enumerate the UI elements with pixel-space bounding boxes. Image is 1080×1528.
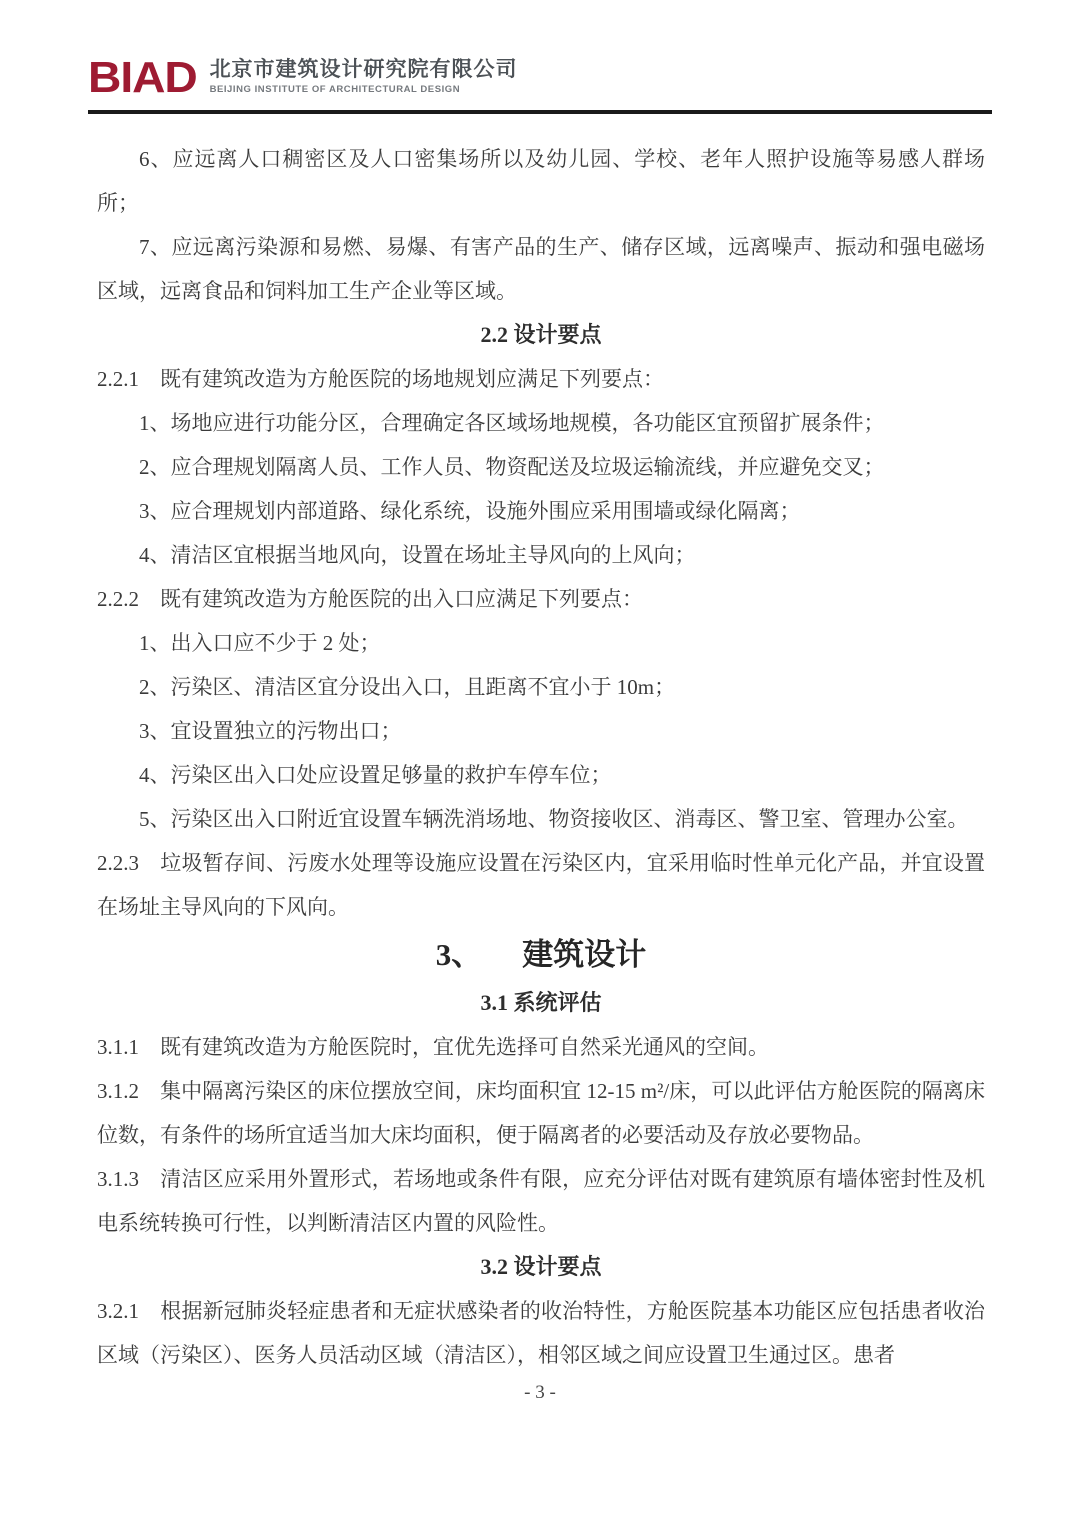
clause-paragraph: 2.2.1 既有建筑改造为方舱医院的场地规划应满足下列要点： <box>97 357 985 401</box>
list-item-paragraph: 6、应远离人口稠密区及人口密集场所以及幼儿园、学校、老年人照护设施等易感人群场所… <box>97 137 985 225</box>
page-number: - 3 - <box>524 1382 556 1403</box>
company-name-block: 北京市建筑设计研究院有限公司 BEIJING INSTITUTE OF ARCH… <box>210 56 518 96</box>
page-footer: - 3 - <box>0 1379 1080 1407</box>
list-item-paragraph: 4、清洁区宜根据当地风向，设置在场址主导风向的上风向； <box>97 533 985 577</box>
list-item-paragraph: 2、应合理规划隔离人员、工作人员、物资配送及垃圾运输流线，并应避免交叉； <box>97 445 985 489</box>
section-heading: 3.1 系统评估 <box>97 981 985 1025</box>
list-item-paragraph: 7、应远离污染源和易燃、易爆、有害产品的生产、储存区域，远离噪声、振动和强电磁场… <box>97 225 985 313</box>
document-header: BIAD 北京市建筑设计研究院有限公司 BEIJING INSTITUTE OF… <box>0 0 1080 114</box>
chapter-heading: 3、建筑设计 <box>97 929 985 981</box>
logo-row: BIAD 北京市建筑设计研究院有限公司 BEIJING INSTITUTE OF… <box>88 56 992 100</box>
list-item-paragraph: 4、污染区出入口处应设置足够量的救护车停车位； <box>97 753 985 797</box>
chapter-title: 建筑设计 <box>522 937 646 972</box>
list-item-paragraph: 3、应合理规划内部道路、绿化系统，设施外围应采用围墙或绿化隔离； <box>97 489 985 533</box>
clause-paragraph: 3.1.2 集中隔离污染区的床位摆放空间，床均面积宜 12-15 m²/床，可以… <box>97 1069 985 1157</box>
list-item-paragraph: 5、污染区出入口附近宜设置车辆洗消场地、物资接收区、消毒区、警卫室、管理办公室。 <box>97 797 985 841</box>
company-name-en: BEIJING INSTITUTE OF ARCHITECTURAL DESIG… <box>210 84 518 96</box>
chapter-number: 3、 <box>436 937 483 972</box>
list-item-paragraph: 3、宜设置独立的污物出口； <box>97 709 985 753</box>
company-name-cn: 北京市建筑设计研究院有限公司 <box>210 58 518 82</box>
clause-paragraph: 3.1.3 清洁区应采用外置形式，若场地或条件有限，应充分评估对既有建筑原有墙体… <box>97 1157 985 1245</box>
clause-paragraph: 3.1.1 既有建筑改造为方舱医院时，宜优先选择可自然采光通风的空间。 <box>97 1025 985 1069</box>
clause-paragraph: 3.2.1 根据新冠肺炎轻症患者和无症状感染者的收治特性，方舱医院基本功能区应包… <box>97 1289 985 1377</box>
document-body: 6、应远离人口稠密区及人口密集场所以及幼儿园、学校、老年人照护设施等易感人群场所… <box>0 114 1080 1377</box>
biad-logo: BIAD <box>88 56 197 100</box>
list-item-paragraph: 1、场地应进行功能分区，合理确定各区域场地规模，各功能区宜预留扩展条件； <box>97 401 985 445</box>
section-heading: 3.2 设计要点 <box>97 1245 985 1289</box>
section-heading: 2.2 设计要点 <box>97 313 985 357</box>
clause-paragraph: 2.2.2 既有建筑改造为方舱医院的出入口应满足下列要点： <box>97 577 985 621</box>
document-page: BIAD 北京市建筑设计研究院有限公司 BEIJING INSTITUTE OF… <box>0 0 1080 1528</box>
list-item-paragraph: 1、出入口应不少于 2 处； <box>97 621 985 665</box>
clause-paragraph: 2.2.3 垃圾暂存间、污废水处理等设施应设置在污染区内，宜采用临时性单元化产品… <box>97 841 985 929</box>
list-item-paragraph: 2、污染区、清洁区宜分设出入口，且距离不宜小于 10m； <box>97 665 985 709</box>
